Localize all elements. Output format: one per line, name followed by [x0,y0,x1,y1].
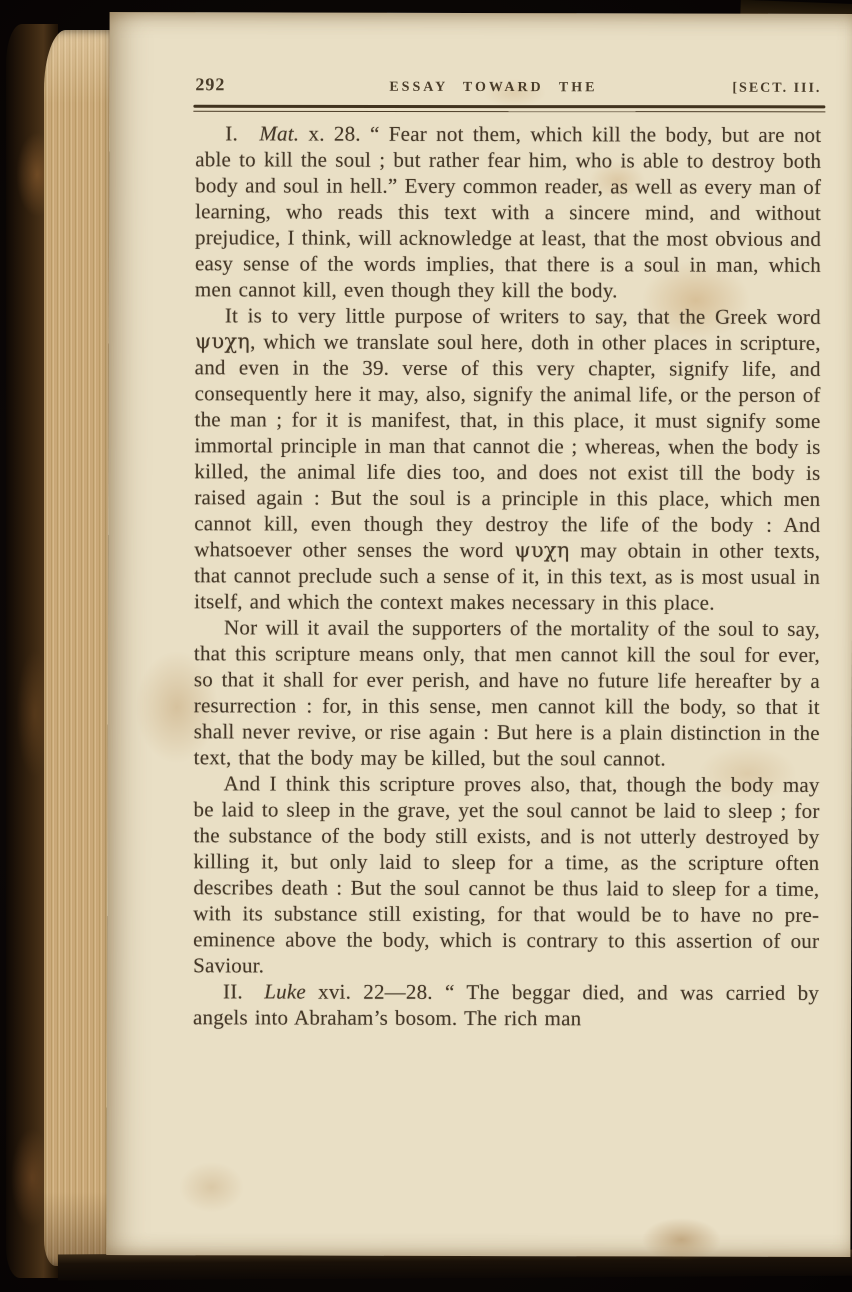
italic-citation: Luke [264,979,306,1003]
greek-word: ψυχη [195,329,250,353]
paragraph: Nor will it avail the supporters of the … [194,614,820,772]
greek-word: ψυχη [514,538,569,562]
paragraph: I. Mat. x. 28. “ Fear not them, which ki… [195,120,821,304]
page-header: 292 ESSAY TOWARD THE [SECT. III. [195,74,821,102]
double-rule [193,105,825,113]
body-text: II. [223,979,264,1003]
paragraph: II. Luke xvi. 22—28. “ The beggar died, … [193,978,819,1032]
book-page: 292 ESSAY TOWARD THE [SECT. III. I. Mat.… [106,12,852,1257]
body-text: And I think this scripture proves also, … [193,771,820,977]
body-text: x. 28. “ Fear not them, which kill the b… [195,122,821,303]
text-block: I. Mat. x. 28. “ Fear not them, which ki… [193,120,821,1032]
rule-thick-line [193,105,825,109]
running-title: ESSAY TOWARD THE [315,80,671,97]
page-number: 292 [195,74,315,95]
section-label: [SECT. III. [671,80,821,96]
body-text: I. [225,121,259,145]
body-text: It is to very little purpose of writers … [225,303,821,329]
foxing-stain [166,1152,256,1222]
paragraph: It is to very little purpose of writers … [194,302,821,616]
paragraph: And I think this scripture proves also, … [193,770,820,980]
body-text: , which we translate soul here, doth in … [194,329,821,562]
rule-thin-line [193,111,825,113]
italic-citation: Mat. [259,121,299,145]
body-text: Nor will it avail the supporters of the … [194,615,820,770]
scanned-book-photo: 292 ESSAY TOWARD THE [SECT. III. I. Mat.… [0,0,852,1292]
